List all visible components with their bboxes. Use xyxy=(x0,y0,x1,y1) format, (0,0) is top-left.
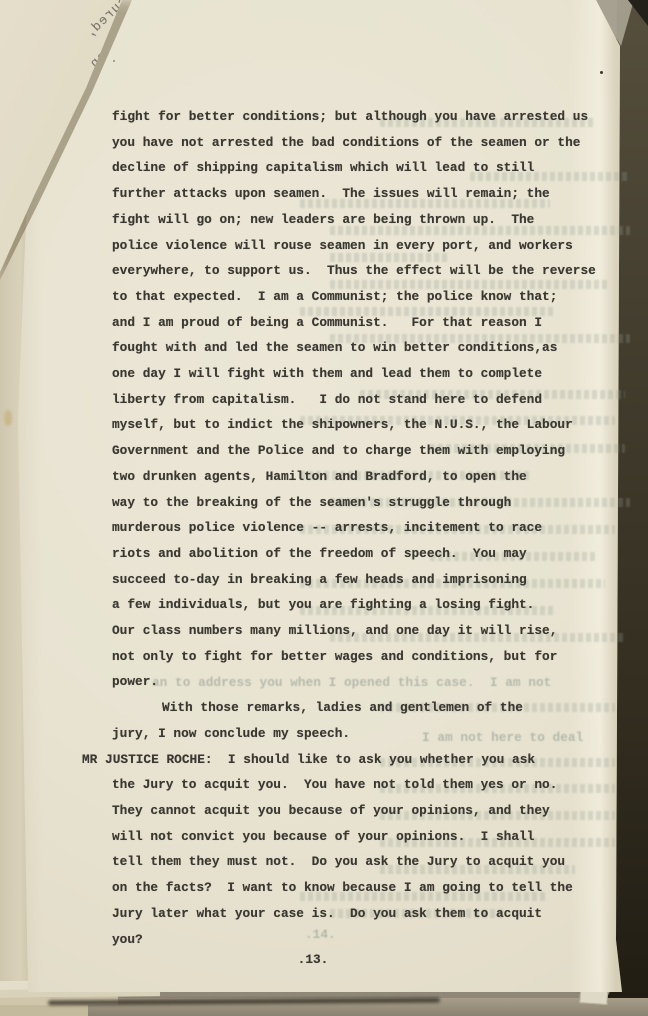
text-line: fought with and led the seamen to win be… xyxy=(0,335,648,361)
text-line: riots and abolition of the freedom of sp… xyxy=(0,541,648,567)
text-line: on the facts? I want to know because I a… xyxy=(0,875,648,901)
text-line: to that expected. I am a Communist; the … xyxy=(0,284,648,310)
text-line: Jury later what your case is. Do you ask… xyxy=(0,901,648,927)
text-line: MR JUSTICE ROCHE: I should like to ask y… xyxy=(0,747,648,773)
typewritten-text: fight for better conditions; but althoug… xyxy=(0,104,648,952)
page-stack-edge xyxy=(0,1005,88,1016)
text-line: way to the breaking of the seamen's stru… xyxy=(0,490,648,516)
text-line: liberty from capitalism. I do not stand … xyxy=(0,387,648,413)
photographed-transcript-page: an to address you when I opened this cas… xyxy=(0,0,648,1016)
text-line: decline of shipping capitalism which wil… xyxy=(0,155,648,181)
text-line: myself, but to indict the shipowners, th… xyxy=(0,412,648,438)
text-line: jury, I now conclude my speech. xyxy=(0,721,648,747)
text-line: power. xyxy=(0,669,648,695)
text-line: succeed to-day in breaking a few heads a… xyxy=(0,567,648,593)
ink-speck xyxy=(600,71,603,74)
text-line: will not convict you because of your opi… xyxy=(0,824,648,850)
text-line: police violence will rouse seamen in eve… xyxy=(0,233,648,259)
text-line: Our class numbers many millions, and one… xyxy=(0,618,648,644)
text-line: fight for better conditions; but althoug… xyxy=(0,104,648,130)
text-line: murderous police violence -- arrests, in… xyxy=(0,515,648,541)
text-line: everywhere, to support us. Thus the effe… xyxy=(0,258,648,284)
text-line: two drunken agents, Hamilton and Bradfor… xyxy=(0,464,648,490)
text-line: further attacks upon seamen. The issues … xyxy=(0,181,648,207)
text-line: With those remarks, ladies and gentlemen… xyxy=(0,695,648,721)
text-line: one day I will fight with them and lead … xyxy=(0,361,648,387)
text-line: the Jury to acquit you. You have not tol… xyxy=(0,772,648,798)
text-line: They cannot acquit you because of your o… xyxy=(0,798,648,824)
page-number: .13. xyxy=(82,950,544,970)
text-line: fight will go on; new leaders are being … xyxy=(0,207,648,233)
text-line: Government and the Police and to charge … xyxy=(0,438,648,464)
text-line: tell them they must not. Do you ask the … xyxy=(0,849,648,875)
text-line: and I am proud of being a Communist. For… xyxy=(0,310,648,336)
text-line: a few individuals, but you are fighting … xyxy=(0,592,648,618)
text-line: not only to fight for better wages and c… xyxy=(0,644,648,670)
text-line: you have not arrested the bad conditions… xyxy=(0,130,648,156)
ink-speck xyxy=(113,60,115,62)
text-line: you? xyxy=(0,927,648,953)
